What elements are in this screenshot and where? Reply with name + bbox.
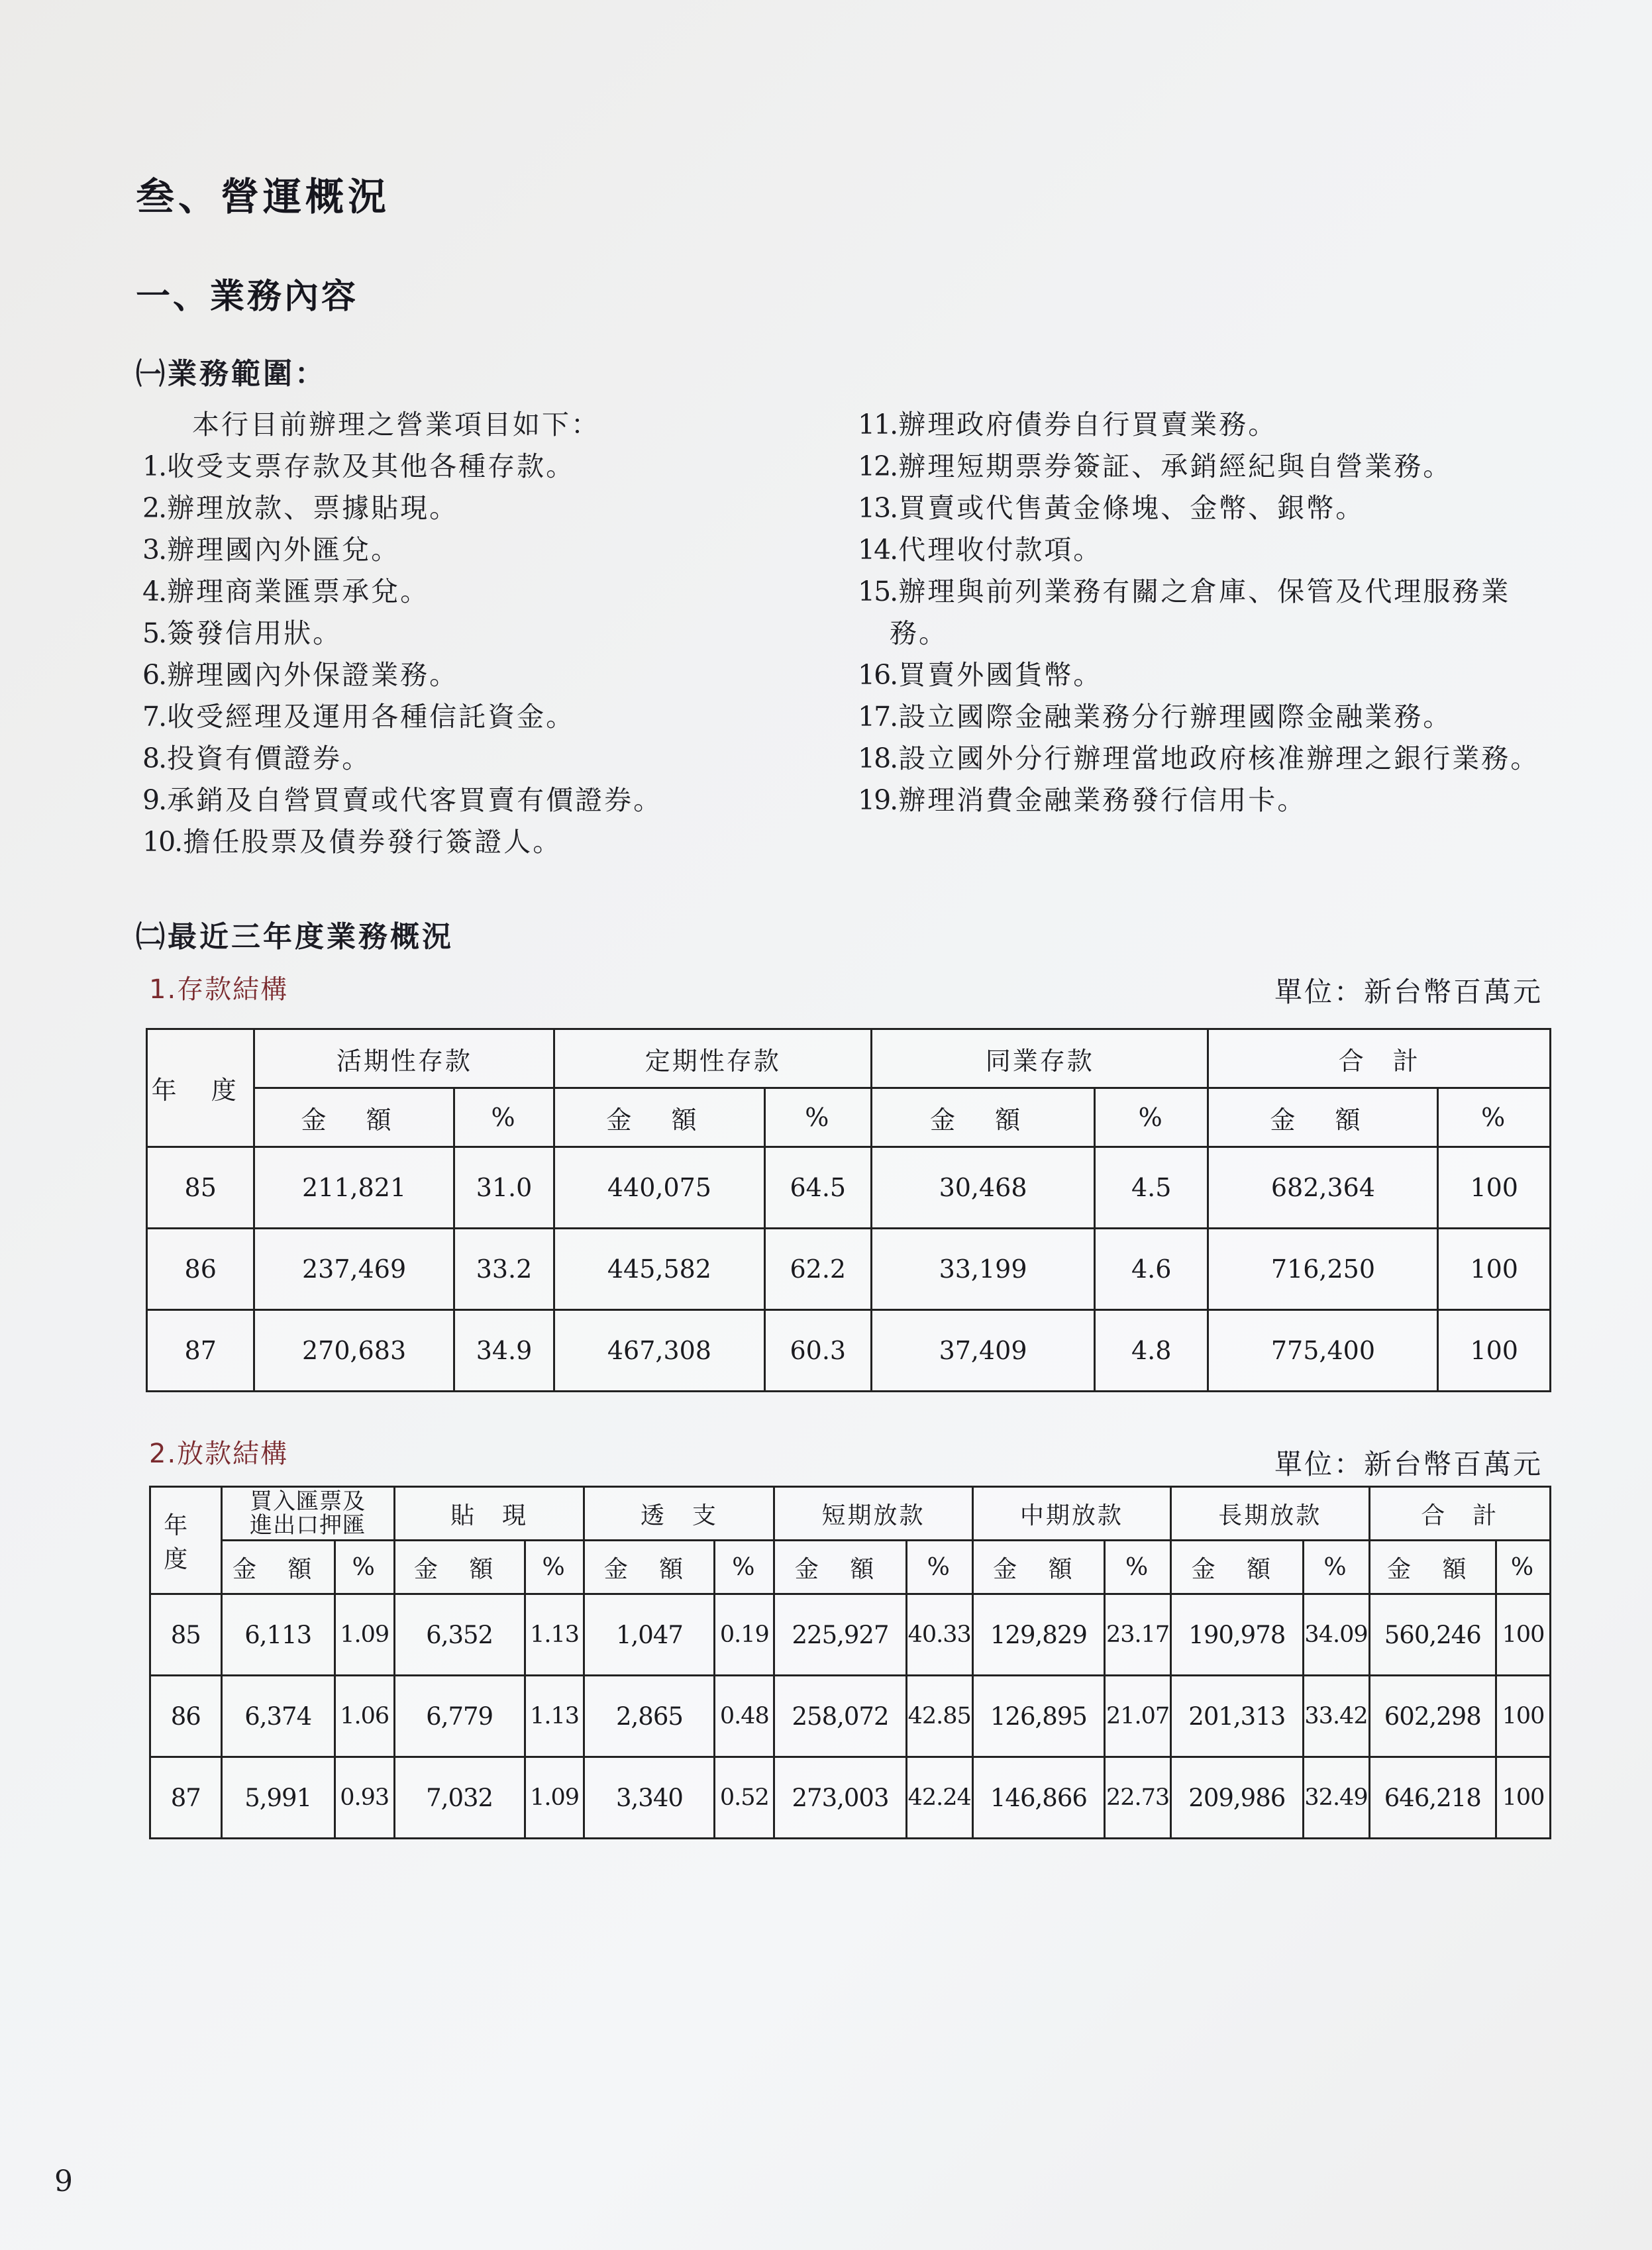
- group-header-line: 買入匯票及: [223, 1490, 393, 1513]
- business-scope-intro: 本行目前辦理之營業項目如下：: [142, 404, 838, 446]
- amount-cell: 211,821: [254, 1147, 454, 1229]
- percent-cell: 64.5: [764, 1147, 872, 1229]
- list-item: 1.收受支票存款及其他各種存款。: [142, 446, 838, 487]
- page-number: 9: [54, 2165, 73, 2198]
- loan-structure-table: 年 度 買入匯票及 進出口押匯 貼 現 透 支 短期放款 中期放款 長期放款 合…: [149, 1486, 1551, 1839]
- list-item: 7.收受經理及運用各種信託資金。: [142, 696, 838, 738]
- group-header-total: 合 計: [1208, 1029, 1551, 1088]
- amount-cell: 126,895: [972, 1676, 1104, 1757]
- amount-cell: 209,986: [1171, 1757, 1303, 1839]
- year-cell: 87: [150, 1757, 222, 1839]
- percent-cell: 42.24: [906, 1757, 972, 1839]
- percent-cell: 31.0: [454, 1147, 554, 1229]
- business-items-right: 11.辦理政府債券自行買賣業務。 12.辦理短期票券簽証、承銷經紀與自營業務。 …: [858, 404, 1560, 821]
- group-header-line: 進出口押匯: [223, 1513, 393, 1537]
- amount-header: 金 額: [1208, 1088, 1438, 1147]
- group-header-bills-purchased: 買入匯票及 進出口押匯: [221, 1487, 394, 1541]
- loan-structure-caption: 2.放款結構: [149, 1433, 288, 1470]
- amount-cell: 6,113: [221, 1594, 335, 1676]
- percent-cell: 33.2: [454, 1229, 554, 1310]
- percent-cell: 4.8: [1095, 1310, 1208, 1392]
- amount-cell: 33,199: [872, 1229, 1095, 1310]
- percent-header: %: [525, 1541, 584, 1594]
- list-item: 9.承銷及自營買賣或代客買賣有價證券。: [142, 780, 838, 821]
- amount-cell: 201,313: [1171, 1676, 1303, 1757]
- amount-cell: 2,865: [584, 1676, 715, 1757]
- amount-cell: 270,683: [254, 1310, 454, 1392]
- list-item: 16.買賣外國貨幣。: [858, 654, 1560, 696]
- percent-cell: 40.33: [906, 1594, 972, 1676]
- amount-cell: 1,047: [584, 1594, 715, 1676]
- amount-cell: 30,468: [872, 1147, 1095, 1229]
- amount-header: 金 額: [254, 1088, 454, 1147]
- business-scope-title: ㈠業務範圍：: [136, 350, 327, 392]
- percent-cell: 42.85: [906, 1676, 972, 1757]
- business-items-left: 本行目前辦理之營業項目如下： 1.收受支票存款及其他各種存款。 2.辦理放款、票…: [142, 404, 838, 863]
- amount-cell: 775,400: [1208, 1310, 1438, 1392]
- list-item: 10.擔任股票及債券發行簽證人。: [142, 821, 838, 863]
- group-header-total: 合 計: [1369, 1487, 1551, 1541]
- year-header: 年 度: [147, 1029, 254, 1147]
- percent-cell: 60.3: [764, 1310, 872, 1392]
- amount-header: 金 額: [972, 1541, 1104, 1594]
- year-cell: 86: [147, 1229, 254, 1310]
- list-item: 8.投資有價證券。: [142, 738, 838, 780]
- percent-cell: 100: [1496, 1676, 1551, 1757]
- list-item: 4.辦理商業匯票承兌。: [142, 571, 838, 613]
- table-subheader-row: 金 額 % 金 額 % 金 額 % 金 額 %: [147, 1088, 1551, 1147]
- percent-cell: 100: [1438, 1229, 1551, 1310]
- percent-cell: 100: [1438, 1310, 1551, 1392]
- percent-header: %: [715, 1541, 774, 1594]
- year-header: 年 度: [150, 1487, 222, 1594]
- percent-cell: 22.73: [1105, 1757, 1171, 1839]
- amount-cell: 129,829: [972, 1594, 1104, 1676]
- group-header-overdrafts: 透 支: [584, 1487, 774, 1541]
- amount-cell: 146,866: [972, 1757, 1104, 1839]
- percent-cell: 1.09: [525, 1757, 584, 1839]
- year-cell: 85: [150, 1594, 222, 1676]
- table-row: 86 6,374 1.06 6,779 1.13 2,865 0.48 258,…: [150, 1676, 1551, 1757]
- amount-cell: 716,250: [1208, 1229, 1438, 1310]
- percent-cell: 33.42: [1303, 1676, 1369, 1757]
- section-title: 一、業務內容: [136, 268, 358, 318]
- table-row: 85 211,821 31.0 440,075 64.5 30,468 4.5 …: [147, 1147, 1551, 1229]
- amount-cell: 7,032: [394, 1757, 525, 1839]
- amount-cell: 682,364: [1208, 1147, 1438, 1229]
- percent-cell: 4.5: [1095, 1147, 1208, 1229]
- deposit-unit-label: 單位：新台幣百萬元: [1274, 970, 1543, 1010]
- amount-cell: 560,246: [1369, 1594, 1496, 1676]
- percent-cell: 100: [1496, 1594, 1551, 1676]
- table-row: 86 237,469 33.2 445,582 62.2 33,199 4.6 …: [147, 1229, 1551, 1310]
- amount-cell: 190,978: [1171, 1594, 1303, 1676]
- group-header-long-term-loans: 長期放款: [1171, 1487, 1369, 1541]
- percent-cell: 1.09: [335, 1594, 394, 1676]
- percent-cell: 1.06: [335, 1676, 394, 1757]
- table-header-row: 年 度 買入匯票及 進出口押匯 貼 現 透 支 短期放款 中期放款 長期放款 合…: [150, 1487, 1551, 1541]
- business-overview-title: ㈡最近三年度業務概況: [136, 913, 454, 955]
- percent-header: %: [1105, 1541, 1171, 1594]
- group-header-demand-deposits: 活期性存款: [254, 1029, 554, 1088]
- amount-cell: 467,308: [554, 1310, 764, 1392]
- list-item: 11.辦理政府債券自行買賣業務。: [858, 404, 1560, 446]
- amount-header: 金 額: [1369, 1541, 1496, 1594]
- document-page: 叁、營運概況 一、業務內容 ㈠業務範圍： 本行目前辦理之營業項目如下： 1.收受…: [0, 0, 1652, 2250]
- percent-cell: 100: [1438, 1147, 1551, 1229]
- percent-header: %: [1496, 1541, 1551, 1594]
- group-header-time-deposits: 定期性存款: [554, 1029, 872, 1088]
- amount-cell: 273,003: [774, 1757, 906, 1839]
- percent-cell: 4.6: [1095, 1229, 1208, 1310]
- list-item: 19.辦理消費金融業務發行信用卡。: [858, 780, 1560, 821]
- percent-header: %: [1438, 1088, 1551, 1147]
- table-row: 87 270,683 34.9 467,308 60.3 37,409 4.8 …: [147, 1310, 1551, 1392]
- amount-header: 金 額: [554, 1088, 764, 1147]
- year-cell: 87: [147, 1310, 254, 1392]
- table-row: 87 5,991 0.93 7,032 1.09 3,340 0.52 273,…: [150, 1757, 1551, 1839]
- percent-cell: 0.52: [715, 1757, 774, 1839]
- amount-header: 金 額: [872, 1088, 1095, 1147]
- table-row: 85 6,113 1.09 6,352 1.13 1,047 0.19 225,…: [150, 1594, 1551, 1676]
- amount-cell: 237,469: [254, 1229, 454, 1310]
- percent-cell: 100: [1496, 1757, 1551, 1839]
- amount-cell: 445,582: [554, 1229, 764, 1310]
- percent-header: %: [1095, 1088, 1208, 1147]
- deposit-structure-caption: 1.存款結構: [149, 968, 288, 1006]
- list-item: 3.辦理國內外匯兌。: [142, 529, 838, 571]
- group-header-medium-term-loans: 中期放款: [972, 1487, 1170, 1541]
- group-header-interbank-deposits: 同業存款: [872, 1029, 1208, 1088]
- amount-header: 金 額: [394, 1541, 525, 1594]
- list-item: 12.辦理短期票券簽証、承銷經紀與自營業務。: [858, 446, 1560, 487]
- amount-cell: 37,409: [872, 1310, 1095, 1392]
- list-item: 18.設立國外分行辦理當地政府核准辦理之銀行業務。: [858, 738, 1560, 780]
- loan-unit-label: 單位：新台幣百萬元: [1274, 1443, 1543, 1482]
- amount-cell: 225,927: [774, 1594, 906, 1676]
- chapter-title: 叁、營運概況: [136, 166, 390, 221]
- percent-header: %: [335, 1541, 394, 1594]
- percent-cell: 34.09: [1303, 1594, 1369, 1676]
- percent-cell: 0.19: [715, 1594, 774, 1676]
- amount-cell: 440,075: [554, 1147, 764, 1229]
- amount-cell: 258,072: [774, 1676, 906, 1757]
- percent-cell: 32.49: [1303, 1757, 1369, 1839]
- percent-cell: 62.2: [764, 1229, 872, 1310]
- percent-cell: 21.07: [1105, 1676, 1171, 1757]
- group-header-discounts: 貼 現: [394, 1487, 584, 1541]
- amount-cell: 3,340: [584, 1757, 715, 1839]
- amount-cell: 6,352: [394, 1594, 525, 1676]
- percent-header: %: [906, 1541, 972, 1594]
- percent-header: %: [454, 1088, 554, 1147]
- list-item: 2.辦理放款、票據貼現。: [142, 487, 838, 529]
- percent-cell: 1.13: [525, 1594, 584, 1676]
- amount-cell: 6,374: [221, 1676, 335, 1757]
- list-item: 14.代理收付款項。: [858, 529, 1560, 571]
- percent-cell: 34.9: [454, 1310, 554, 1392]
- percent-header: %: [764, 1088, 872, 1147]
- amount-header: 金 額: [774, 1541, 906, 1594]
- list-item: 5.簽發信用狀。: [142, 613, 838, 654]
- percent-cell: 0.93: [335, 1757, 394, 1839]
- amount-cell: 6,779: [394, 1676, 525, 1757]
- percent-cell: 23.17: [1105, 1594, 1171, 1676]
- amount-cell: 646,218: [1369, 1757, 1496, 1839]
- list-item: 13.買賣或代售黃金條塊、金幣、銀幣。: [858, 487, 1560, 529]
- percent-cell: 0.48: [715, 1676, 774, 1757]
- year-cell: 85: [147, 1147, 254, 1229]
- amount-header: 金 額: [1171, 1541, 1303, 1594]
- percent-header: %: [1303, 1541, 1369, 1594]
- amount-header: 金 額: [221, 1541, 335, 1594]
- list-item: 6.辦理國內外保證業務。: [142, 654, 838, 696]
- amount-cell: 5,991: [221, 1757, 335, 1839]
- amount-cell: 602,298: [1369, 1676, 1496, 1757]
- table-subheader-row: 金 額 % 金 額 % 金 額 % 金 額 % 金 額 % 金 額 % 金 額 …: [150, 1541, 1551, 1594]
- year-cell: 86: [150, 1676, 222, 1757]
- list-item: 15.辦理與前列業務有關之倉庫、保管及代理服務業務。: [858, 571, 1560, 654]
- percent-cell: 1.13: [525, 1676, 584, 1757]
- group-header-short-term-loans: 短期放款: [774, 1487, 972, 1541]
- amount-header: 金 額: [584, 1541, 715, 1594]
- deposit-structure-table: 年 度 活期性存款 定期性存款 同業存款 合 計 金 額 % 金 額 % 金 額…: [146, 1028, 1551, 1392]
- table-header-row: 年 度 活期性存款 定期性存款 同業存款 合 計: [147, 1029, 1551, 1088]
- list-item: 17.設立國際金融業務分行辦理國際金融業務。: [858, 696, 1560, 738]
